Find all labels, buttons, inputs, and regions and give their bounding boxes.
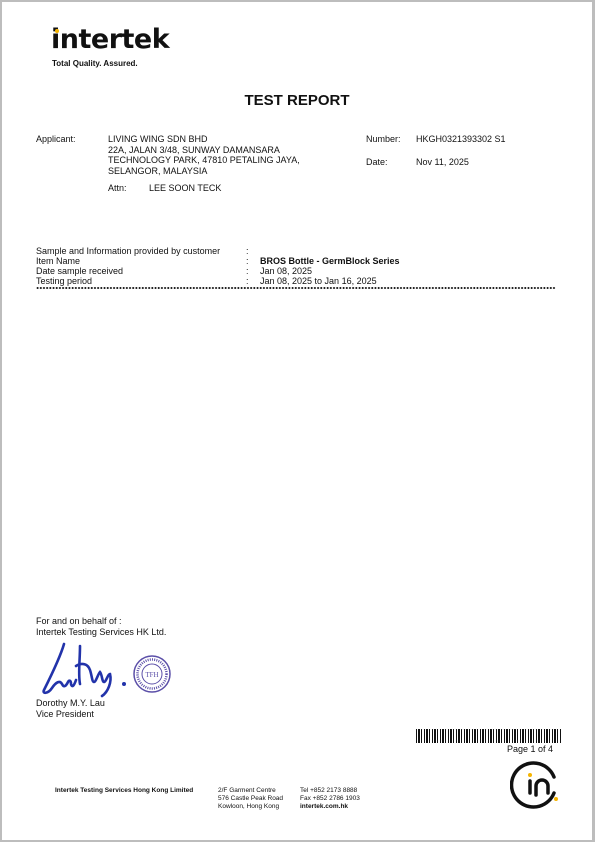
applicant-line: 22A, JALAN 3/48, SUNWAY DAMANSARA	[108, 145, 300, 156]
page-title: TEST REPORT	[2, 92, 592, 109]
signer-title: Vice President	[36, 709, 105, 720]
intertek-logo: intertek	[51, 26, 169, 53]
footer-address: 2/F Garment Centre 576 Castle Peak Road …	[218, 787, 283, 811]
info-separator: :	[246, 246, 260, 256]
info-separator: :	[246, 266, 260, 276]
info-separator: :	[246, 256, 260, 266]
applicant-address: LIVING WING SDN BHD 22A, JALAN 3/48, SUN…	[108, 134, 300, 176]
report-date-label: Date:	[366, 157, 388, 168]
address-line: 576 Castle Peak Road	[218, 795, 283, 803]
applicant-line: LIVING WING SDN BHD	[108, 134, 300, 145]
behalf-company: Intertek Testing Services HK Ltd.	[36, 627, 166, 638]
info-separator: :	[246, 276, 260, 286]
behalf-block: For and on behalf of : Intertek Testing …	[36, 616, 166, 637]
address-line: Kowloon, Hong Kong	[218, 803, 283, 811]
info-value: Jan 08, 2025	[260, 266, 312, 276]
signer-name: Dorothy M.Y. Lau	[36, 698, 105, 709]
barcode	[416, 729, 561, 743]
logo-text: intertek	[51, 24, 169, 55]
footer-tel: Tel +852 2173 8888	[300, 787, 360, 795]
attn-value: LEE SOON TECK	[149, 183, 221, 194]
applicant-label: Applicant:	[36, 134, 76, 145]
info-key: Testing period	[36, 276, 246, 286]
address-line: 2/F Garment Centre	[218, 787, 283, 795]
info-value: BROS Bottle - GermBlock Series	[260, 256, 400, 266]
logo-tagline: Total Quality. Assured.	[52, 59, 138, 68]
info-key: Item Name	[36, 256, 246, 266]
intertek-in-logo-icon	[510, 759, 562, 811]
sample-info-table: Sample and Information provided by custo…	[36, 246, 400, 286]
info-row: Item Name : BROS Bottle - GermBlock Seri…	[36, 256, 400, 266]
info-key: Date sample received	[36, 266, 246, 276]
info-key: Sample and Information provided by custo…	[36, 246, 246, 256]
report-date-value: Nov 11, 2025	[416, 157, 469, 168]
footer-company: Intertek Testing Services Hong Kong Limi…	[55, 787, 193, 794]
signature-image	[36, 638, 131, 698]
behalf-line: For and on behalf of :	[36, 616, 166, 627]
logo-accent-dot	[55, 29, 59, 33]
applicant-line: SELANGOR, MALAYSIA	[108, 166, 300, 177]
report-page: intertek Total Quality. Assured. TEST RE…	[2, 2, 592, 840]
attn-label: Attn:	[108, 183, 127, 194]
info-row: Date sample received : Jan 08, 2025	[36, 266, 400, 276]
info-row: Testing period : Jan 08, 2025 to Jan 16,…	[36, 276, 400, 286]
seal-text: TFH	[145, 671, 158, 679]
signer-block: Dorothy M.Y. Lau Vice President	[36, 698, 105, 719]
page-number: Page 1 of 4	[507, 744, 553, 754]
footer-website-link[interactable]: intertek.com.hk	[300, 803, 360, 811]
footer-fax: Fax +852 2786 1903	[300, 795, 360, 803]
report-number-value: HKGH0321393302 S1	[416, 134, 506, 145]
footer-contact: Tel +852 2173 8888 Fax +852 2786 1903 in…	[300, 787, 360, 811]
report-number-label: Number:	[366, 134, 401, 145]
company-seal: TFH	[132, 654, 172, 694]
info-value: Jan 08, 2025 to Jan 16, 2025	[260, 276, 377, 286]
applicant-line: TECHNOLOGY PARK, 47810 PETALING JAYA,	[108, 155, 300, 166]
asterisk-divider	[36, 286, 556, 290]
info-row: Sample and Information provided by custo…	[36, 246, 400, 256]
